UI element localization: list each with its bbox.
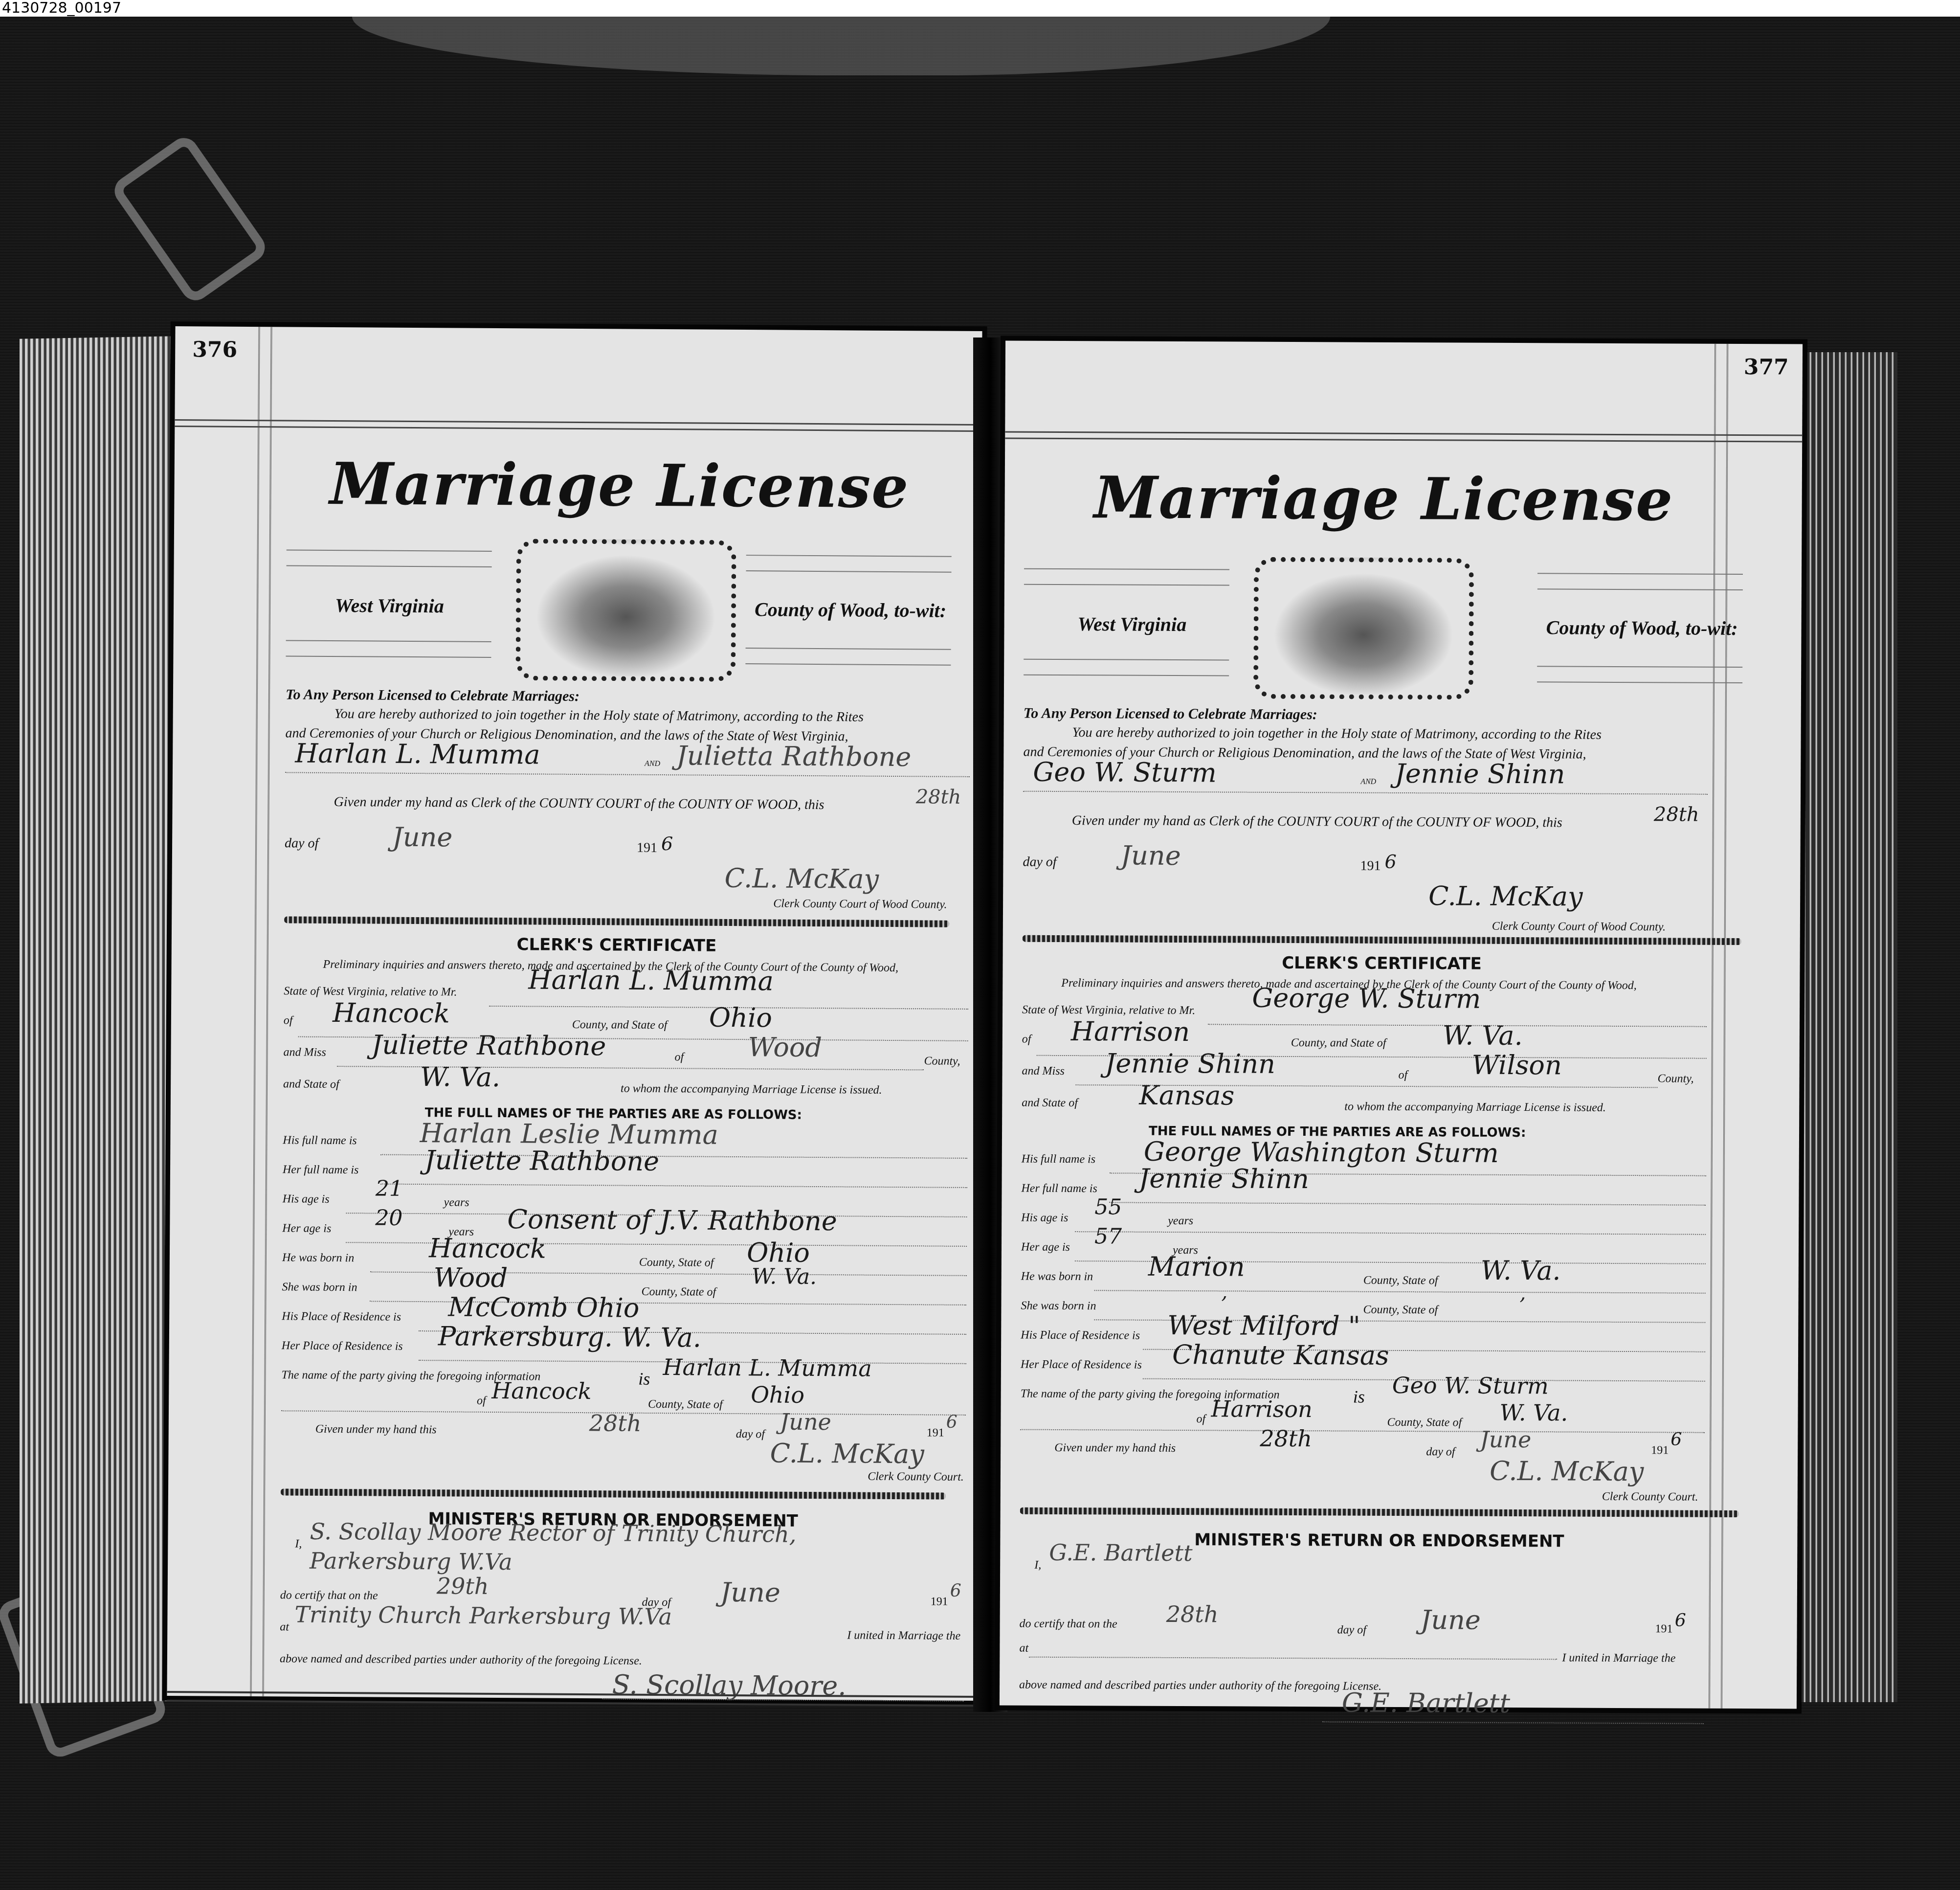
groom-county: Harrison <box>1071 1016 1190 1047</box>
he-born-state: W. Va. <box>1481 1255 1561 1286</box>
party-name: Geo W. Sturm <box>1392 1372 1549 1399</box>
fill-line <box>1029 1657 1557 1660</box>
license-form: Marriage License West Virginia County of… <box>279 327 953 1700</box>
day-of-label: day of <box>285 835 334 852</box>
year-prefix: 191 <box>931 1595 948 1608</box>
ornament-lines <box>1024 659 1229 676</box>
of-label: of <box>284 1014 293 1027</box>
his-full-name-label: His full name is <box>1022 1153 1095 1167</box>
she-born-county: , <box>1222 1281 1228 1303</box>
chain-divider <box>1023 935 1741 945</box>
she-born-state: , <box>1520 1282 1526 1305</box>
her-residence-label: Her Place of Residence is <box>282 1339 403 1353</box>
certify-label: do certify that on the <box>280 1589 378 1602</box>
given-year-digit: 6 <box>946 1412 958 1432</box>
fill-line <box>285 772 970 777</box>
party-county: Hancock <box>491 1377 592 1404</box>
clerk-signature: C.L. McKay <box>725 863 879 895</box>
miss-label: and Miss <box>1022 1065 1065 1078</box>
year-prefix: 191 <box>927 1426 944 1440</box>
fill-line <box>1075 1231 1706 1235</box>
and-state-label: and State of <box>1022 1097 1078 1110</box>
salutation: To Any Person Licensed to Celebrate Marr… <box>1024 705 1742 725</box>
given-month: June <box>1480 1426 1531 1453</box>
ornament-lines <box>1024 568 1229 586</box>
his-age: 21 <box>376 1176 403 1201</box>
relative-to-label: State of West Virginia, relative to Mr. <box>284 985 457 999</box>
groom-name: Geo W. Sturm <box>1033 757 1217 788</box>
her-age: 20 <box>375 1206 402 1231</box>
ornament-lines <box>1537 666 1742 683</box>
cert-clerk-signature: C.L. McKay <box>1490 1456 1644 1487</box>
he-born-county: Marion <box>1148 1251 1245 1282</box>
his-age-label: His age is <box>283 1192 330 1206</box>
fill-line <box>1094 1290 1706 1293</box>
license-year-digit: 6 <box>1384 851 1396 873</box>
license-form: Marriage License West Virginia County of… <box>1019 341 1744 1709</box>
given-hand-label: Given under my hand this <box>1054 1441 1176 1455</box>
county-state-of-label: County, State of <box>1387 1416 1462 1430</box>
groom-state: Ohio <box>709 1002 772 1034</box>
license-title: Marriage License <box>1024 463 1743 534</box>
ceremony-year-digit: 6 <box>1675 1610 1686 1630</box>
ornament-lines <box>746 555 952 573</box>
years-label: years <box>1168 1215 1193 1228</box>
year-prefix: 191 <box>1655 1622 1673 1636</box>
county-state-of-label: County, State of <box>1363 1274 1438 1288</box>
given-day: 28th <box>589 1410 642 1437</box>
her-full-name: Juliette Rathbone <box>424 1145 659 1177</box>
day-of-label: day of <box>1337 1623 1366 1637</box>
bride-county: Wood <box>748 1032 822 1063</box>
fill-line <box>1109 1202 1706 1205</box>
ceremony-year-digit: 6 <box>950 1581 961 1601</box>
bride-of-label: of <box>1398 1069 1407 1082</box>
ceremony-day: 28th <box>1166 1601 1219 1627</box>
he-born-label: He was born in <box>1021 1270 1093 1284</box>
closing-text: above named and described parties under … <box>1019 1679 1381 1693</box>
of-label: of <box>1196 1413 1205 1426</box>
ornament-lines <box>1537 573 1743 590</box>
chain-divider <box>1020 1507 1739 1517</box>
he-born-county: Hancock <box>429 1233 546 1264</box>
she-born-label: She was born in <box>282 1281 357 1294</box>
closing-text: above named and described parties under … <box>280 1652 642 1668</box>
day-of-label: day of <box>1426 1445 1455 1459</box>
bride-state: Kansas <box>1139 1080 1234 1111</box>
clerk-title: Clerk County Court of Wood County. <box>773 897 947 911</box>
of-label: of <box>477 1395 486 1408</box>
ornament-lines <box>287 549 492 567</box>
his-full-name-label: His full name is <box>283 1134 357 1147</box>
clerks-certificate-heading: CLERK'S CERTIFICATE <box>284 933 949 957</box>
county-state-of-label: County, State of <box>641 1285 716 1299</box>
and-label: AND <box>645 760 660 768</box>
given-day: 28th <box>1260 1425 1312 1452</box>
page-number: 377 <box>1744 355 1789 380</box>
clerk-signature: C.L. McKay <box>1428 880 1583 912</box>
given-month: June <box>780 1409 831 1436</box>
state-label: West Virginia <box>1077 612 1186 636</box>
cert-clerk-title: Clerk County Court. <box>1602 1490 1698 1504</box>
minister-line1: S. Scollay Moore Rector of Trinity Churc… <box>310 1518 796 1548</box>
license-month: June <box>1120 840 1180 871</box>
page-376: 376 Marriage License West Virginia Count… <box>167 326 982 1701</box>
authorization-text: You are hereby authorized to join togeth… <box>1072 725 1742 743</box>
authorization-text: You are hereby authorized to join togeth… <box>334 706 951 726</box>
license-year-digit: 6 <box>661 833 673 855</box>
and-state-label: and State of <box>283 1078 339 1091</box>
clerk-title: Clerk County Court of Wood County. <box>1492 920 1666 934</box>
bride-name: Julietta Rathbone <box>676 740 911 772</box>
united-text: I united in Marriage the <box>847 1629 960 1642</box>
his-residence-label: His Place of Residence is <box>1021 1329 1140 1343</box>
cert-clerk-signature: C.L. McKay <box>770 1438 924 1469</box>
her-full-name-label: Her full name is <box>1021 1182 1097 1196</box>
county-label: County, <box>924 1055 960 1068</box>
given-clerk-text: Given under my hand as Clerk of the COUN… <box>334 794 950 814</box>
state-label: West Virginia <box>335 594 444 617</box>
party-county: Harrison <box>1211 1395 1312 1422</box>
certify-label: do certify that on the <box>1020 1618 1117 1631</box>
ceremony-month: June <box>720 1577 781 1608</box>
years-label: years <box>444 1196 469 1209</box>
county-state-label: County, and State of <box>1291 1036 1386 1050</box>
margin-rule <box>262 327 274 1696</box>
county-label: County, <box>1657 1072 1693 1085</box>
salutation: To Any Person Licensed to Celebrate Marr… <box>286 686 951 707</box>
his-residence: McComb Ohio <box>448 1291 640 1323</box>
party-is: is <box>1353 1387 1365 1407</box>
fill-line <box>380 1184 967 1188</box>
ceremony-month: June <box>1421 1604 1481 1636</box>
bride-county: Wilson <box>1472 1050 1562 1081</box>
cert-bride-name: Juliette Rathbone <box>371 1029 606 1061</box>
image-label: 4130728_00197 <box>2 0 121 17</box>
he-born-label: He was born in <box>282 1251 355 1265</box>
chain-divider <box>281 1488 946 1499</box>
county-label: County of Wood, to-wit: <box>755 598 946 622</box>
i-label: I, <box>295 1538 302 1551</box>
cupid-seal-illustration <box>1253 557 1474 700</box>
county-state-of-label: County, State of <box>1363 1304 1438 1317</box>
image-label-bar: 4130728_00197 <box>0 0 1960 17</box>
her-full-name-label: Her full name is <box>283 1163 358 1177</box>
united-text: I united in Marriage the <box>1562 1651 1675 1665</box>
i-label: I, <box>1034 1559 1041 1572</box>
county-label: County of Wood, to-wit: <box>1546 616 1738 640</box>
she-born-county: Wood <box>434 1262 508 1293</box>
and-label: AND <box>1360 778 1376 787</box>
chain-divider <box>284 916 949 927</box>
her-age: 57 <box>1094 1224 1122 1249</box>
minister-signature: G.E. Bartlett <box>1342 1687 1510 1719</box>
ornament-lines <box>286 640 491 658</box>
page-number: 376 <box>192 337 237 362</box>
her-age-label: Her age is <box>1021 1241 1070 1254</box>
day-of-label: day of <box>736 1428 765 1441</box>
fill-line <box>1020 1429 1705 1433</box>
license-day: 28th <box>916 786 961 809</box>
his-residence: West Milford " <box>1167 1310 1360 1342</box>
ceremony-day: 29th <box>437 1573 489 1599</box>
year-prefix: 191 <box>1651 1444 1669 1457</box>
her-residence-label: Her Place of Residence is <box>1021 1358 1142 1372</box>
she-born-state: W. Va. <box>752 1264 817 1289</box>
groom-county: Hancock <box>333 997 450 1029</box>
license-month: June <box>392 822 453 853</box>
cert-groom-name: George W. Sturm <box>1252 983 1481 1014</box>
minister-line1: G.E. Bartlett <box>1049 1539 1192 1566</box>
at-label: at <box>280 1620 289 1634</box>
bride-of-label: of <box>674 1051 684 1064</box>
his-age-label: His age is <box>1021 1212 1068 1225</box>
county-state-of-label: County, State of <box>639 1256 714 1270</box>
license-day: 28th <box>1654 803 1699 826</box>
her-residence: Parkersburg. W. Va. <box>438 1321 701 1353</box>
party-name: Harlan L. Mumma <box>663 1354 871 1382</box>
day-of-label: day of <box>1023 855 1071 870</box>
issued-text: to whom the accompanying Marriage Licens… <box>1344 1100 1606 1114</box>
groom-state: W. Va. <box>1443 1020 1523 1051</box>
county-state-of-label: County, State of <box>648 1398 723 1412</box>
his-residence-label: His Place of Residence is <box>282 1310 401 1324</box>
fill-line <box>1023 791 1708 795</box>
county-state-label: County, and State of <box>572 1018 668 1032</box>
his-age: 55 <box>1094 1194 1122 1219</box>
cupid-seal-illustration <box>515 539 736 682</box>
relative-to-label: State of West Virginia, relative to Mr. <box>1022 1004 1195 1018</box>
of-label: of <box>1022 1033 1031 1046</box>
groom-name: Harlan L. Mumma <box>295 738 540 770</box>
ornament-lines <box>745 648 951 666</box>
bride-name: Jennie Shinn <box>1395 758 1565 790</box>
at-label: at <box>1019 1642 1028 1655</box>
cert-bride-name: Jennie Shinn <box>1105 1048 1275 1080</box>
party-state: Ohio <box>751 1381 804 1408</box>
cert-clerk-title: Clerk County Court. <box>868 1470 964 1484</box>
given-clerk-text: Given under my hand as Clerk of the COUN… <box>1072 813 1742 832</box>
clerks-certificate-heading: CLERK'S CERTIFICATE <box>1022 952 1741 975</box>
her-full-name: Jennie Shinn <box>1138 1163 1309 1195</box>
margin-rule <box>250 327 262 1696</box>
her-residence: Chanute Kansas <box>1172 1339 1389 1371</box>
her-age-label: Her age is <box>282 1222 331 1236</box>
party-is: is <box>638 1369 650 1389</box>
miss-label: and Miss <box>283 1046 326 1059</box>
bride-state: W. Va. <box>420 1061 500 1093</box>
license-title: Marriage License <box>287 449 952 521</box>
book-page-edges-left <box>20 336 176 1704</box>
book-page-edges-right <box>1800 352 1897 1702</box>
page-377: 377 Marriage License West Virginia Count… <box>1000 340 1803 1709</box>
ceremony-place: Trinity Church Parkersburg W.Va <box>294 1601 672 1630</box>
her-age-note: Consent of J.V. Rathbone <box>507 1204 837 1237</box>
given-year-digit: 6 <box>1670 1429 1682 1449</box>
cert-groom-name: Harlan L. Mumma <box>528 964 774 996</box>
minister-line2: Parkersburg W.Va <box>310 1548 512 1575</box>
issued-text: to whom the accompanying Marriage Licens… <box>621 1082 882 1097</box>
she-born-label: She was born in <box>1021 1300 1096 1313</box>
given-hand-label: Given under my hand this <box>315 1423 437 1437</box>
party-state: W. Va. <box>1499 1399 1568 1426</box>
